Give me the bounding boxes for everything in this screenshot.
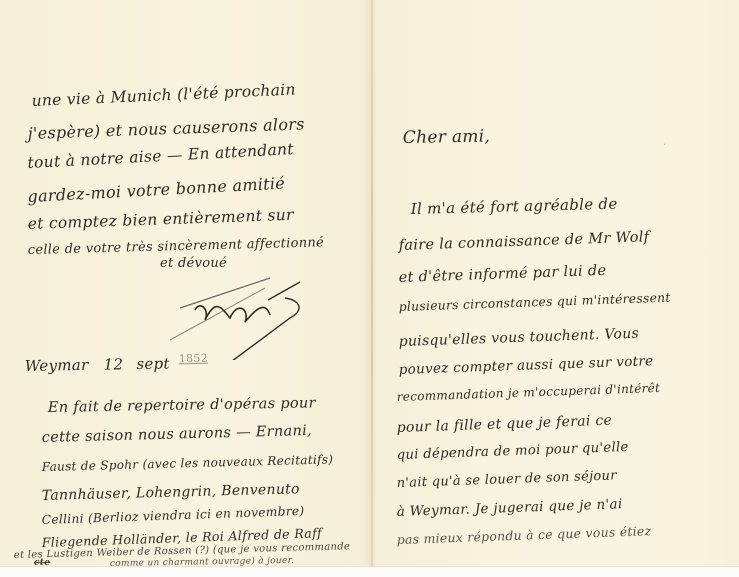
right-line-5: puisqu'elles vous touchent. Vous bbox=[398, 326, 639, 350]
left-line-2: j'espère) et nous causerons alors bbox=[27, 114, 305, 143]
right-line-3: et d'être informé par lui de bbox=[398, 263, 606, 286]
dateline: Weymar 12 sept 1852 bbox=[25, 352, 209, 375]
left-line-6: celle de votre très sincèrement affectio… bbox=[28, 235, 325, 258]
corner-pencil-mark: · bbox=[663, 140, 666, 151]
postscript-line-5: Cellini (Berlioz viendra ici en novembre… bbox=[42, 504, 305, 527]
left-page: une vie à Munich (l'été prochain j'espèr… bbox=[0, 0, 371, 566]
right-line-6: pouvez compter aussi que sur votre bbox=[398, 353, 653, 378]
right-line-11: à Weymar. Je jugerai que je n'ai bbox=[396, 496, 622, 520]
right-line-12: pas mieux répondu à ce que vous étiez bbox=[396, 523, 651, 547]
signature-flourish-icon bbox=[160, 270, 320, 360]
left-line-5: et comptez bien entièrement sur bbox=[27, 206, 294, 233]
left-line-1: une vie à Munich (l'été prochain bbox=[31, 80, 296, 110]
right-line-10: n'ait qu'à se louer de son séjour bbox=[396, 468, 617, 491]
postscript-line-4: Tannhäuser, Lohengrin, Benvenuto bbox=[42, 481, 300, 504]
margin-correction: cte bbox=[34, 558, 50, 568]
dateline-place: Weymar bbox=[25, 356, 89, 375]
right-line-2: faire la connaissance de Mr Wolf bbox=[398, 229, 649, 254]
right-line-4: plusieurs circonstances qui m'intéressen… bbox=[399, 291, 671, 314]
dateline-month: sept bbox=[136, 354, 170, 373]
right-line-1: Il m'a été fort agréable de bbox=[411, 195, 618, 218]
right-page: · Cher ami, Il m'a été fort agréable de … bbox=[373, 0, 739, 566]
postscript-line-3: Faust de Spohr (avec les nouveaux Recita… bbox=[42, 452, 334, 474]
signature: F. Liszt bbox=[160, 270, 320, 360]
dateline-day: 12 bbox=[103, 355, 123, 373]
left-line-4: gardez-moi votre bonne amitié bbox=[27, 174, 286, 206]
right-line-7: recommandation je m'occuperai d'intérêt bbox=[397, 381, 661, 404]
dateline-year-pencil: 1852 bbox=[179, 352, 208, 366]
left-line-3: tout à notre aise — En attendant bbox=[27, 140, 294, 172]
postscript-line-1: En fait de repertoire d'opéras pour bbox=[48, 395, 316, 416]
postscript-line-2: cette saison nous aurons — Ernani, bbox=[42, 423, 313, 446]
right-line-9: qui dépendra de moi pour qu'elle bbox=[396, 440, 628, 463]
salutation: Cher ami, bbox=[403, 126, 491, 148]
left-line-7: et dévoué bbox=[160, 256, 227, 271]
right-line-8: pour la fille et que je ferai ce bbox=[396, 412, 612, 436]
